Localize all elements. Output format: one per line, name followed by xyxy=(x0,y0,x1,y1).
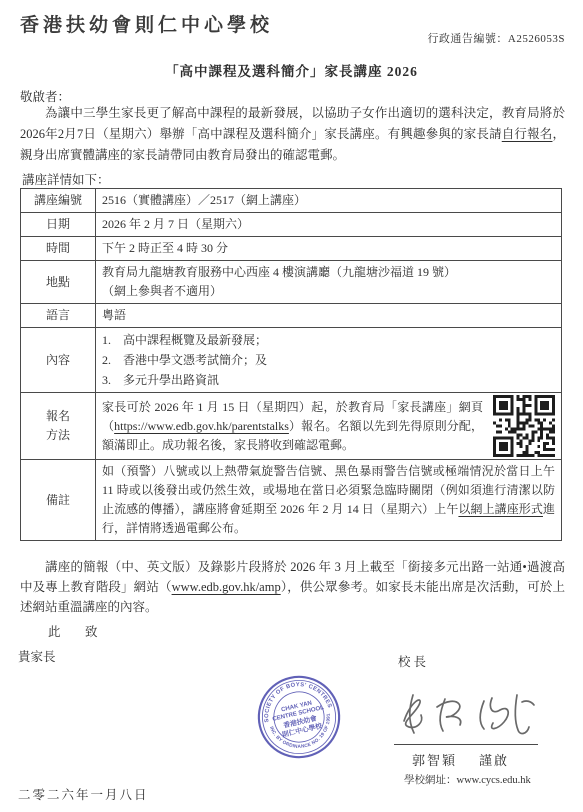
row-label-remarks: 備註 xyxy=(21,460,96,541)
row-label-venue: 地點 xyxy=(21,261,96,304)
row-label-time: 時間 xyxy=(21,237,96,261)
table-row: 地點 教育局九龍塘教育服務中心西座 4 樓演講廳（九龍塘沙福道 19 號） （網… xyxy=(21,261,562,304)
intro-text-1: 為讓中三學生家長更了解高中課程的最新發展，以協助子女作出適切的選科決定，教育局將… xyxy=(20,106,565,141)
intro-paragraph: 為讓中三學生家長更了解高中課程的最新發展，以協助子女作出適切的選科決定，教育局將… xyxy=(20,103,565,166)
self-register-underline: 自行報名 xyxy=(502,127,553,141)
row-label-content: 內容 xyxy=(21,328,96,393)
school-name: 香港扶幼會則仁中心學校 xyxy=(20,10,273,37)
signer-line: 郭智穎謹啟 xyxy=(412,750,509,769)
row-value-language: 粵語 xyxy=(96,304,562,328)
admin-notice-number: 行政通告編號：A2526053S xyxy=(427,30,565,46)
remarks-text: 如（預警）八號或以上熱帶氣旋警告信號、黑色暴雨警告信號或極端情況於當日上午 11… xyxy=(102,462,555,538)
table-row: 報名方法 家長可於 2026 年 1 月 15 日（星期四）起，於教育局「家長講… xyxy=(21,393,562,460)
row-value-apply-method: 家長可於 2026 年 1 月 15 日（星期四）起，於教育局「家長講座」網頁（… xyxy=(96,393,562,460)
letter-page: 香港扶幼會則仁中心學校 行政通告編號：A2526053S 「高中課程及選科簡介」… xyxy=(0,0,583,812)
issue-date: 二零二六年一月八日 xyxy=(18,785,149,803)
row-value-remarks: 如（預警）八號或以上熱帶氣旋警告信號、黑色暴雨警告信號或極端情況於當日上午 11… xyxy=(96,460,562,541)
parentstalks-link[interactable]: https://www.edb.gov.hk/parentstalks xyxy=(114,419,289,433)
principal-title: 校長 xyxy=(398,652,429,670)
cizhi-line: 此 致 xyxy=(48,622,104,640)
amp-link[interactable]: www.edb.gov.hk/amp xyxy=(172,580,281,594)
table-row: 時間 下午 2 時正至 4 時 30 分 xyxy=(21,237,562,261)
content-item-1: 1. 高中課程概覽及最新發展； xyxy=(102,330,555,350)
table-row: 備註 如（預警）八號或以上熱帶氣旋警告信號、黑色暴雨警告信號或極端情況於當日上午… xyxy=(21,460,562,541)
letter-title: 「高中課程及選科簡介」家長講座 2026 xyxy=(0,60,583,80)
signer-name: 郭智穎 xyxy=(412,753,457,768)
row-value-talk-number: 2516（實體講座）／2517（網上講座） xyxy=(96,189,562,213)
table-row: 語言 粵語 xyxy=(21,304,562,328)
row-value-venue: 教育局九龍塘教育服務中心西座 4 樓演講廳（九龍塘沙福道 19 號） （網上參與… xyxy=(96,261,562,304)
row-label-talk-number: 講座編號 xyxy=(21,189,96,213)
row-label-date: 日期 xyxy=(21,213,96,237)
apply-text: 家長可於 2026 年 1 月 15 日（星期四）起，於教育局「家長講座」網頁（… xyxy=(102,398,483,455)
row-value-time: 下午 2 時正至 4 時 30 分 xyxy=(96,237,562,261)
table-row: 日期 2026 年 2 月 7 日（星期六） xyxy=(21,213,562,237)
venue-line1: 教育局九龍塘教育服務中心西座 4 樓演講廳（九龍塘沙福道 19 號） xyxy=(102,263,555,282)
content-item-3: 3. 多元升學出路資訊 xyxy=(102,370,555,390)
recipient-line: 貴家長 xyxy=(18,647,56,665)
details-lead: 講座詳情如下： xyxy=(22,170,110,188)
row-value-date: 2026 年 2 月 7 日（星期六） xyxy=(96,213,562,237)
venue-line2: （網上參與者不適用） xyxy=(102,282,555,301)
school-website: 學校網址：www.cycs.edu.hk xyxy=(404,772,531,787)
qr-box xyxy=(493,395,555,457)
apply-method-label: 報名方法 xyxy=(43,407,73,445)
row-label-language: 語言 xyxy=(21,304,96,328)
school-stamp: SOCIETY OF BOYS' CENTRES INC. BY ORDINAN… xyxy=(256,674,342,760)
qr-code xyxy=(493,395,555,457)
signer-suffix: 謹啟 xyxy=(479,753,509,768)
table-row: 內容 1. 高中課程概覽及最新發展； 2. 香港中學文憑考試簡介；及 3. 多元… xyxy=(21,328,562,393)
closing-paragraph: 講座的簡報（中、英文版）及錄影片段將於 2026 年 3 月上載至「銜接多元出路… xyxy=(20,557,565,617)
table-row: 講座編號 2516（實體講座）／2517（網上講座） xyxy=(21,189,562,213)
row-label-apply-method: 報名方法 xyxy=(21,393,96,460)
details-table: 講座編號 2516（實體講座）／2517（網上講座） 日期 2026 年 2 月… xyxy=(20,188,562,541)
principal-signature xyxy=(388,688,540,747)
content-item-2: 2. 香港中學文憑考試簡介；及 xyxy=(102,350,555,370)
signature-line xyxy=(394,744,538,745)
online-format-underline: 以網上講座形式 xyxy=(458,502,543,516)
row-value-content: 1. 高中課程概覽及最新發展； 2. 香港中學文憑考試簡介；及 3. 多元升學出… xyxy=(96,328,562,393)
